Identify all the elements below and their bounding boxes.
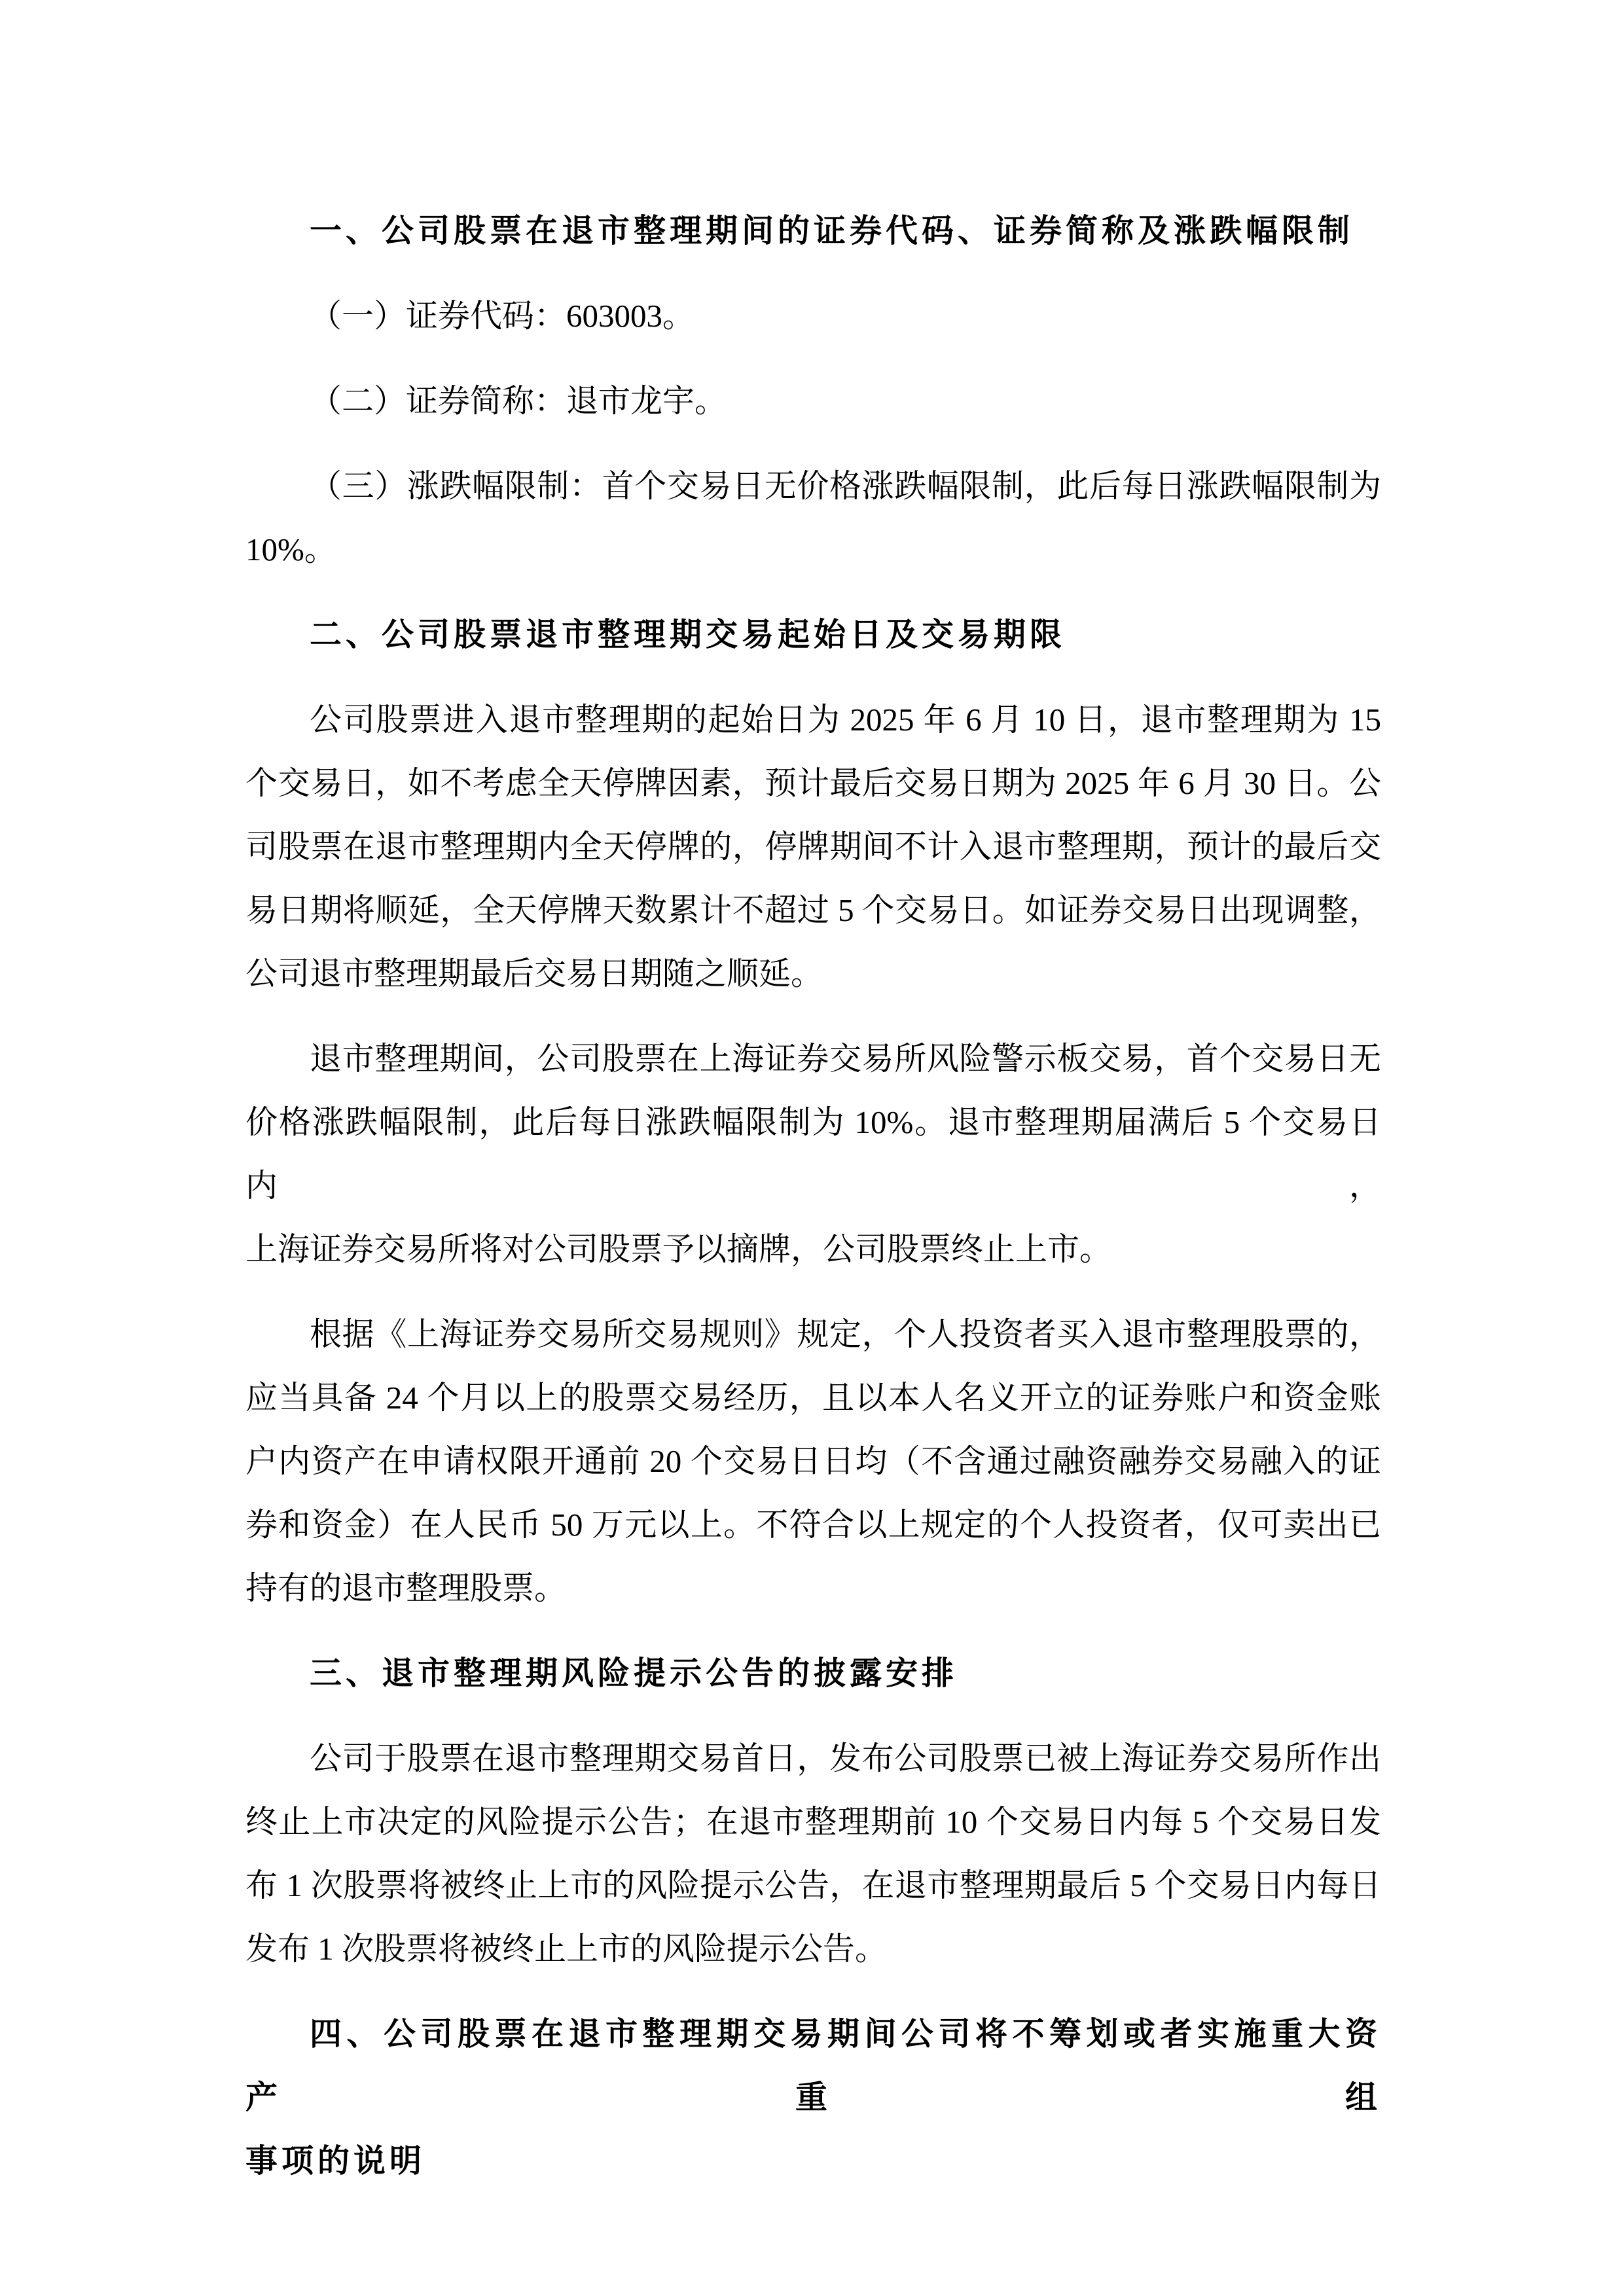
section-1-heading: 一、公司股票在退市整理期间的证券代码、证券简称及涨跌幅限制 bbox=[245, 199, 1381, 262]
item-securities-code: （一）证券代码：603003。 bbox=[245, 284, 1381, 348]
paragraph-risk-board: 退市整理期间，公司股票在上海证券交易所风险警示板交易，首个交易日无 价格涨跌幅限… bbox=[245, 1027, 1381, 1281]
item-price-limit: （三）涨跌幅限制：首个交易日无价格涨跌幅限制，此后每日涨跌幅限制为 10%。 bbox=[245, 454, 1381, 581]
text-line: 公司于股票在退市整理期交易首日，发布公司股票已被上海证券交易所作出 bbox=[245, 1727, 1381, 1790]
text-line: 终止上市决定的风险提示公告；在退市整理期前 10 个交易日内每 5 个交易日发 bbox=[245, 1790, 1381, 1854]
text-line: 应当具备 24 个月以上的股票交易经历，且以本人名义开立的证券账户和资金账 bbox=[245, 1366, 1381, 1429]
section-4-heading: 四、公司股票在退市整理期交易期间公司将不筹划或者实施重大资产重组 事项的说明 bbox=[245, 2002, 1381, 2193]
text-line: （一）证券代码：603003。 bbox=[245, 284, 1381, 348]
paragraph-trading-period: 公司股票进入退市整理期的起始日为 2025 年 6 月 10 日，退市整理期为 … bbox=[245, 688, 1381, 1005]
text-line: 券和资金）在人民币 50 万元以上。不符合以上规定的个人投资者，仅可卖出已 bbox=[245, 1493, 1381, 1556]
text-line: 上海证券交易所将对公司股票予以摘牌，公司股票终止上市。 bbox=[245, 1217, 1381, 1281]
document-page: 一、公司股票在退市整理期间的证券代码、证券简称及涨跌幅限制 （一）证券代码：60… bbox=[0, 0, 1624, 2296]
text-line: 10%。 bbox=[245, 518, 1381, 581]
text-line: 个交易日，如不考虑全天停牌因素，预计最后交易日期为 2025 年 6 月 30 … bbox=[245, 751, 1381, 815]
heading-line: 事项的说明 bbox=[245, 2129, 1381, 2193]
text-line: 公司退市整理期最后交易日期随之顺延。 bbox=[245, 942, 1381, 1005]
text-line: 公司股票进入退市整理期的起始日为 2025 年 6 月 10 日，退市整理期为 … bbox=[245, 688, 1381, 751]
text-line: 户内资产在申请权限开通前 20 个交易日日均（不含通过融资融券交易融入的证 bbox=[245, 1429, 1381, 1493]
text-line: 根据《上海证券交易所交易规则》规定，个人投资者买入退市整理股票的， bbox=[245, 1302, 1381, 1366]
text-line: 布 1 次股票将被终止上市的风险提示公告，在退市整理期最后 5 个交易日内每日 bbox=[245, 1854, 1381, 1917]
text-line: （二）证券简称：退市龙宇。 bbox=[245, 369, 1381, 433]
text-line: 发布 1 次股票将被终止上市的风险提示公告。 bbox=[245, 1917, 1381, 1981]
paragraph-investor-eligibility: 根据《上海证券交易所交易规则》规定，个人投资者买入退市整理股票的， 应当具备 2… bbox=[245, 1302, 1381, 1620]
heading-line: 一、公司股票在退市整理期间的证券代码、证券简称及涨跌幅限制 bbox=[245, 199, 1381, 262]
heading-line: 四、公司股票在退市整理期交易期间公司将不筹划或者实施重大资产重组 bbox=[245, 2002, 1381, 2129]
text-line: 易日期将顺延，全天停牌天数累计不超过 5 个交易日。如证券交易日出现调整， bbox=[245, 878, 1381, 942]
paragraph-disclosure-arrangement: 公司于股票在退市整理期交易首日，发布公司股票已被上海证券交易所作出 终止上市决定… bbox=[245, 1727, 1381, 1981]
heading-line: 二、公司股票退市整理期交易起始日及交易期限 bbox=[245, 603, 1381, 666]
section-2-heading: 二、公司股票退市整理期交易起始日及交易期限 bbox=[245, 603, 1381, 666]
heading-line: 三、退市整理期风险提示公告的披露安排 bbox=[245, 1641, 1381, 1705]
text-line: 价格涨跌幅限制，此后每日涨跌幅限制为 10%。退市整理期届满后 5 个交易日内， bbox=[245, 1090, 1381, 1217]
item-securities-name: （二）证券简称：退市龙宇。 bbox=[245, 369, 1381, 433]
text-line: 持有的退市整理股票。 bbox=[245, 1556, 1381, 1620]
text-line: 退市整理期间，公司股票在上海证券交易所风险警示板交易，首个交易日无 bbox=[245, 1027, 1381, 1090]
section-3-heading: 三、退市整理期风险提示公告的披露安排 bbox=[245, 1641, 1381, 1705]
text-line: （三）涨跌幅限制：首个交易日无价格涨跌幅限制，此后每日涨跌幅限制为 bbox=[245, 454, 1381, 518]
text-line: 司股票在退市整理期内全天停牌的，停牌期间不计入退市整理期，预计的最后交 bbox=[245, 815, 1381, 878]
